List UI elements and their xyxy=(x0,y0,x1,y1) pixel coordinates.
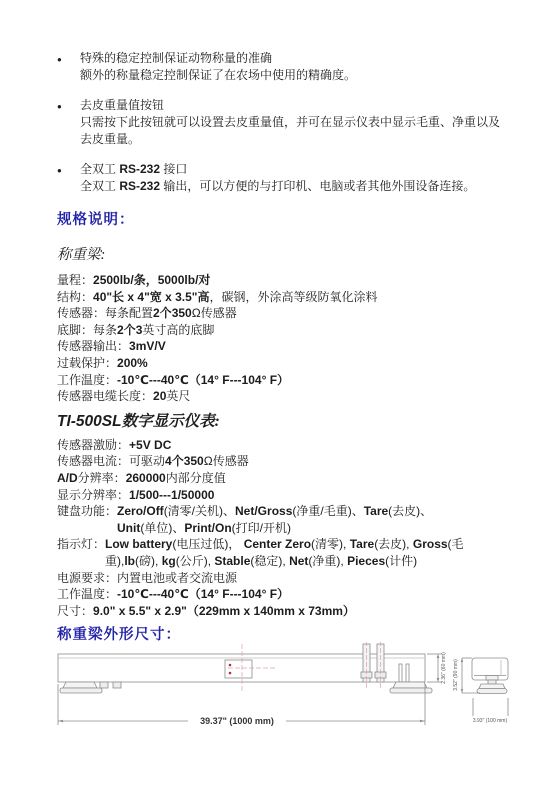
text-segment: 全双工 xyxy=(80,179,119,193)
text-segment: Center Zero xyxy=(244,537,311,551)
text-segment: (稳定), xyxy=(250,554,289,568)
beam-dimension-drawing: 39.37" (1000 mm) 2.36" (60 mm) 3.52" (90… xyxy=(40,642,553,757)
text-segment: (电压过低)， xyxy=(172,537,243,551)
indicator-spec-list: 传感器激励：+5V DC传感器电流：可驱动4个350Ω传感器A/D分辨率：260… xyxy=(57,437,519,620)
spec-line: 传感器电流：可驱动4个350Ω传感器 xyxy=(57,453,519,470)
text-segment: 20 xyxy=(153,389,166,403)
left-foot xyxy=(63,682,97,688)
spec-section-heading: 规格说明： xyxy=(57,208,519,229)
bullet-item: ●去皮重量值按钮只需按下此按钮就可以设置去皮重量值，并可在显示仪表中显示毛重、净… xyxy=(57,97,519,148)
spec-line: 工作温度：-10℃---40℃（14° F---104° F） xyxy=(57,586,519,603)
text-segment: Unit xyxy=(117,521,140,535)
spec-line: 显示分辨率：1/500---1/50000 xyxy=(57,487,519,504)
text-segment: 工作温度： xyxy=(57,373,117,387)
text-segment: kg xyxy=(162,554,176,568)
bullet-item: ●全双工 RS-232 接口全双工 RS-232 输出，可以方便的与打印机、电脑… xyxy=(57,161,519,195)
text-segment: Pieces xyxy=(347,554,385,568)
beam-length-dimension-label: 39.37" (1000 mm) xyxy=(200,716,274,726)
bullet-text: 全双工 RS-232 接口全双工 RS-232 输出，可以方便的与打印机、电脑或… xyxy=(80,161,510,195)
text-segment: -10℃---40℃（14° F---104° F） xyxy=(117,587,289,601)
text-segment: Stable xyxy=(214,554,250,568)
text-segment: 量程： xyxy=(57,273,93,287)
text-segment: 尺寸： xyxy=(57,604,93,618)
text-segment: 只需按下此按钮就可以设置去皮重量值，并可在显示仪表中显示毛重、净重以及去皮重量。 xyxy=(80,115,500,146)
spec-line: A/D分辨率：260000内部分度值 xyxy=(57,470,519,487)
text-segment: 内部分度值 xyxy=(166,471,226,485)
text-segment: 4个350 xyxy=(165,454,204,468)
arrowhead xyxy=(437,654,440,658)
bullet-marker-icon: ● xyxy=(57,50,80,84)
indicator-heading-rest: 数字显示仪表: xyxy=(122,413,220,430)
spec-line: 传感器：每条配置2个350Ω传感器 xyxy=(57,305,519,322)
end-neck-pocket xyxy=(486,676,498,681)
text-segment: 指示灯： xyxy=(57,537,105,551)
junction-box xyxy=(225,660,252,678)
text-segment: 传感器电缆长度： xyxy=(57,389,153,403)
right-foot xyxy=(393,682,427,688)
text-segment: (打印/开机) xyxy=(232,521,291,535)
text-segment: 传感器电流：可驱动 xyxy=(57,454,165,468)
spec-line: 指示灯：Low battery(电压过低)， Center Zero(清零), … xyxy=(57,536,519,569)
spec-line: 传感器电缆长度：20英尺 xyxy=(57,388,519,405)
text-segment: 2个3 xyxy=(117,323,142,337)
end-height-dimension-label: 3.52" (90 mm) xyxy=(453,659,459,691)
text-segment: 9.0" x 5.5" x 2.9"（229mm x 140mm x 73mm） xyxy=(93,604,355,618)
text-segment: Ω传感器 xyxy=(192,306,237,320)
text-segment: 底脚：每条 xyxy=(57,323,117,337)
text-segment: (去皮), xyxy=(374,537,413,551)
text-segment: 工作温度： xyxy=(57,587,117,601)
text-segment: (净重/毛重)、 xyxy=(292,504,363,518)
text-segment: Tare xyxy=(350,537,374,551)
indicator-model-name: TI-500SL xyxy=(57,413,122,430)
text-segment: -10℃---40℃（14° F---104° F） xyxy=(117,373,289,387)
spec-line: 传感器激励：+5V DC xyxy=(57,437,519,454)
mount-tab xyxy=(113,682,121,688)
text-segment: 结构： xyxy=(57,290,93,304)
text-segment: (净重), xyxy=(308,554,347,568)
text-segment: RS-232 xyxy=(119,162,160,176)
right-post xyxy=(406,664,409,682)
right-post xyxy=(399,664,402,682)
text-segment: 200% xyxy=(117,356,148,370)
text-segment: 2个350 xyxy=(153,306,192,320)
text-segment: Low battery xyxy=(105,537,172,551)
bullet-text: 特殊的稳定控制保证动物称量的准确额外的称量稳定控制保证了在农场中使用的精确度。 xyxy=(80,50,510,84)
spec-line: 键盘功能：Zero/Off(清零/关机)、Net/Gross(净重/毛重)、Ta… xyxy=(57,503,519,536)
text-segment: (计件) xyxy=(385,554,417,568)
text-segment: lb xyxy=(124,554,135,568)
text-segment: 额外的称量稳定控制保证了在农场中使用的精确度。 xyxy=(80,68,356,82)
bullet-item: ●特殊的稳定控制保证动物称量的准确额外的称量稳定控制保证了在农场中使用的精确度。 xyxy=(57,50,519,84)
text-segment: 3mV/V xyxy=(129,339,166,353)
text-segment: 特殊的稳定控制保证动物称量的准确 xyxy=(80,51,272,65)
text-segment: Zero/Off xyxy=(117,504,164,518)
text-segment: (磅), xyxy=(135,554,162,568)
text-segment: 1/500---1/50000 xyxy=(129,488,214,502)
junction-marker-dot xyxy=(229,664,232,667)
arrowhead xyxy=(58,720,63,722)
text-segment: (清零/关机)、 xyxy=(164,504,235,518)
spec-line: 过载保护：200% xyxy=(57,355,519,372)
text-segment: Net/Gross xyxy=(235,504,292,518)
text-segment: (毛 xyxy=(448,537,464,551)
text-segment: 接口 xyxy=(160,162,187,176)
text-segment: (去皮)、 xyxy=(388,504,432,518)
left-foot-base xyxy=(60,688,102,693)
text-segment: Net xyxy=(289,554,308,568)
text-segment: (单位)、 xyxy=(140,521,184,535)
text-segment: Gross xyxy=(413,537,448,551)
drawing-section-heading: 称重梁外形尺寸： xyxy=(57,623,519,644)
arrowhead xyxy=(437,678,440,682)
text-segment: 电源要求：内置电池或者交流电源 xyxy=(57,571,237,585)
spec-line: 工作温度：-10℃---40℃（14° F---104° F） xyxy=(57,372,519,389)
bullet-body: 只需按下此按钮就可以设置去皮重量值，并可在显示仪表中显示毛重、净重以及去皮重量。 xyxy=(80,114,510,148)
text-segment: (清零), xyxy=(311,537,350,551)
spec-line: 量程：2500lb/条，5000lb/对 xyxy=(57,272,519,289)
bullet-body: 额外的称量稳定控制保证了在农场中使用的精确度。 xyxy=(80,67,510,84)
bullet-title: 全双工 RS-232 接口 xyxy=(80,161,510,178)
text-segment: Tare xyxy=(364,504,388,518)
text-segment: 英尺 xyxy=(166,389,190,403)
text-segment: 2500lb/条，5000lb/对 xyxy=(93,273,210,287)
text-segment: 过载保护： xyxy=(57,356,117,370)
beam-spec-list: 量程：2500lb/条，5000lb/对结构：40"长 x 4"宽 x 3.5"… xyxy=(57,272,519,405)
end-foot-base xyxy=(477,689,507,694)
text-segment: RS-232 xyxy=(119,179,160,193)
spec-line: 结构：40"长 x 4"宽 x 3.5"高，碳钢，外涂高等级防氧化涂料 xyxy=(57,289,519,306)
text-segment: 分辨率： xyxy=(78,471,126,485)
text-segment: 显示分辨率： xyxy=(57,488,129,502)
bullet-body: 全双工 RS-232 输出，可以方便的与打印机、电脑或者其他外围设备连接。 xyxy=(80,178,510,195)
spec-line: 电源要求：内置电池或者交流电源 xyxy=(57,570,519,587)
text-segment: 重), xyxy=(105,554,124,568)
beam-height-dimension-label: 2.36" (60 mm) xyxy=(441,652,447,684)
feature-bullet-list: ●特殊的稳定控制保证动物称量的准确额外的称量稳定控制保证了在农场中使用的精确度。… xyxy=(57,50,519,195)
text-segment: 传感器：每条配置 xyxy=(57,306,153,320)
text-segment: 传感器激励： xyxy=(57,438,129,452)
text-segment: 传感器输出： xyxy=(57,339,129,353)
arrowhead xyxy=(461,689,463,693)
bullet-title: 特殊的稳定控制保证动物称量的准确 xyxy=(80,50,510,67)
right-foot-base xyxy=(390,688,432,693)
arrowhead xyxy=(420,720,425,722)
spec-line: 尺寸：9.0" x 5.5" x 2.9"（229mm x 140mm x 73… xyxy=(57,603,519,620)
indicator-subheading: TI-500SL数字显示仪表: xyxy=(57,409,519,431)
spec-line: 传感器输出：3mV/V xyxy=(57,338,519,355)
spec-line: 底脚：每条2个3英寸高的底脚 xyxy=(57,322,519,339)
document-page: ●特殊的稳定控制保证动物称量的准确额外的称量稳定控制保证了在农场中使用的精确度。… xyxy=(0,0,553,757)
bullet-text: 去皮重量值按钮只需按下此按钮就可以设置去皮重量值，并可在显示仪表中显示毛重、净重… xyxy=(80,97,510,148)
mount-tab xyxy=(100,682,108,688)
text-segment: ，碳钢，外涂高等级防氧化涂料 xyxy=(209,290,377,304)
bullet-marker-icon: ● xyxy=(57,161,80,195)
text-segment: Print/On xyxy=(184,521,231,535)
text-segment: (公斤), xyxy=(176,554,215,568)
text-segment: 键盘功能： xyxy=(57,504,117,518)
text-segment: 全双工 xyxy=(80,162,119,176)
text-segment: Ω传感器 xyxy=(204,454,249,468)
end-neck xyxy=(488,680,496,684)
text-segment: 输出，可以方便的与打印机、电脑或者其他外围设备连接。 xyxy=(160,179,475,193)
text-segment: 去皮重量值按钮 xyxy=(80,98,164,112)
text-segment: +5V DC xyxy=(129,438,171,452)
bullet-title: 去皮重量值按钮 xyxy=(80,97,510,114)
beam-subheading: 称重梁: xyxy=(57,243,519,264)
arrowhead xyxy=(461,658,463,662)
junction-marker-dot xyxy=(229,672,232,675)
text-segment: 英寸高的底脚 xyxy=(142,323,214,337)
bullet-marker-icon: ● xyxy=(57,97,80,148)
end-foot xyxy=(479,684,505,689)
text-segment: A/D xyxy=(57,471,78,485)
text-segment: 260000 xyxy=(126,471,166,485)
end-width-dimension-label: 3.93" (100 mm) xyxy=(473,718,508,724)
text-segment: 40"长 x 4"宽 x 3.5"高 xyxy=(93,290,209,304)
